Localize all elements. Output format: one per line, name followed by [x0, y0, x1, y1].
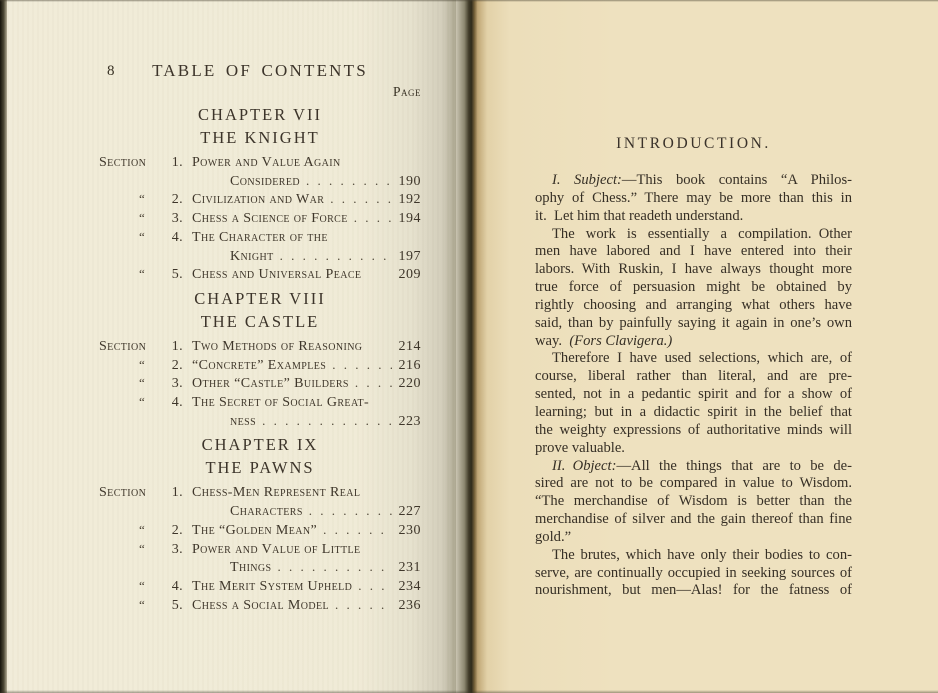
section-label: Section: [99, 154, 161, 172]
toc-entry: “5.Chess a Social Model236: [99, 596, 421, 615]
body-text: serve, are continually occupied in seeki…: [535, 565, 852, 581]
section-label: “: [99, 356, 161, 374]
introduction-section: INTRODUCTION. I. Subject:—This book cont…: [535, 0, 852, 600]
book-left-edge: [0, 0, 7, 693]
text-line: I. Subject:—This book contains “A Philos…: [535, 172, 852, 190]
section-label: “: [99, 577, 161, 595]
section-number: 4.: [161, 578, 183, 596]
paragraph: II. Object:—All the things that are to b…: [535, 458, 852, 547]
body-text: ophy of Chess.” There may be more than t…: [535, 190, 852, 206]
paragraph: The work is essentially a compilation. O…: [535, 226, 852, 351]
entry-page-number: 236: [397, 597, 421, 615]
section-number: 5.: [161, 266, 183, 284]
entry-title-continued: ness: [230, 413, 256, 431]
section-label: “: [99, 393, 161, 411]
entry-text: Characters227: [192, 502, 421, 521]
toc-entry: Section1.Chess-Men Represent Real: [99, 484, 421, 502]
section-number: 2.: [161, 191, 183, 209]
chapter-subtitle: THE CASTLE: [99, 311, 421, 333]
text-line: course, liberal rather than literal, and…: [535, 368, 852, 386]
chapter-subtitle: THE KNIGHT: [99, 127, 421, 149]
dot-leader: [355, 374, 392, 393]
entry-title: Chess a Social Model: [192, 597, 329, 615]
toc-entry: “2.Civilization and War192: [99, 190, 421, 209]
text-line: labors. With Ruskin, I have always thoug…: [535, 261, 852, 279]
text-line: nourishment, but men—Alas! for the fatne…: [535, 582, 852, 600]
toc-header-row: 8 TABLE OF CONTENTS: [99, 61, 421, 83]
entry-page-number: 231: [397, 559, 421, 577]
body-text: “The merchandise of Wisdom is better tha…: [535, 493, 852, 509]
book-scan: 8 TABLE OF CONTENTS Page CHAPTER VIITHE …: [0, 0, 938, 693]
entry-text: ness223: [192, 412, 421, 431]
entry-page-number: 214: [397, 338, 421, 356]
section-number: 2.: [161, 522, 183, 540]
gutter-shadow: [456, 0, 478, 693]
body-text: it. Let him that readeth understand.: [535, 208, 743, 224]
section-number: 3.: [161, 541, 183, 559]
toc-title: TABLE OF CONTENTS: [99, 61, 421, 81]
body-text: rightly choosing and arranging what othe…: [535, 297, 852, 313]
section-label: “: [99, 209, 161, 227]
body-text: —This book contains “A Philos-: [622, 172, 852, 188]
entry-text: Chess-Men Represent Real: [192, 484, 421, 502]
toc-entry-wrap: Characters227: [99, 502, 421, 521]
text-line: The work is essentially a compilation. O…: [535, 226, 852, 244]
section-label: “: [99, 228, 161, 246]
entry-text: Things231: [192, 558, 421, 577]
entry-text: Power and Value Again: [192, 154, 421, 172]
entry-text: Power and Value of Little: [192, 541, 421, 559]
section-label: “: [99, 521, 161, 539]
body-text: course, liberal rather than literal, and…: [535, 368, 852, 384]
entry-text: The Secret of Social Great-: [192, 394, 421, 412]
body-text: the weighty expressions of authoritative…: [535, 422, 852, 438]
section-label: “: [99, 190, 161, 208]
body-text: learning; but in a didactic spirit in th…: [535, 404, 852, 420]
entry-text: The Character of the: [192, 229, 421, 247]
italic-text: I. Subject:: [552, 172, 622, 188]
section-label: “: [99, 265, 161, 283]
section-number: 5.: [161, 597, 183, 615]
body-text: men have labored and I have entered into…: [535, 243, 852, 259]
body-text: way.: [535, 333, 569, 349]
text-line: sired are not to be compared in value to…: [535, 475, 852, 493]
section-number: 1.: [161, 154, 183, 172]
toc-entry: “2.The “Golden Mean”230: [99, 521, 421, 540]
introduction-body: I. Subject:—This book contains “A Philos…: [535, 172, 852, 600]
entry-page-number: 220: [397, 375, 421, 393]
entry-title: Two Methods of Reasoning: [192, 338, 362, 356]
toc-entry: “4.The Merit System Upheld234: [99, 577, 421, 596]
left-page: 8 TABLE OF CONTENTS Page CHAPTER VIITHE …: [7, 0, 456, 693]
dot-leader: [354, 209, 392, 228]
section-label: Section: [99, 338, 161, 356]
toc-entry: “4.The Secret of Social Great-: [99, 393, 421, 412]
folio-page-number: 8: [107, 63, 115, 80]
section-number: 4.: [161, 394, 183, 412]
entry-title: Power and Value Again: [192, 154, 341, 172]
entry-title-continued: Things: [230, 559, 272, 577]
entry-text: Chess a Science of Force194: [192, 209, 421, 228]
text-line: gold.”: [535, 529, 852, 547]
body-text: gold.”: [535, 529, 571, 545]
entry-title: Chess a Science of Force: [192, 210, 348, 228]
toc-body: CHAPTER VIITHE KNIGHTSection1.Power and …: [99, 104, 421, 614]
entry-text: Considered190: [192, 172, 421, 191]
entry-page-number: 216: [397, 357, 421, 375]
toc-entry: Section1.Power and Value Again: [99, 154, 421, 172]
entry-page-number: 223: [397, 413, 421, 431]
dot-leader: [335, 596, 392, 615]
text-line: The brutes, which have only their bodies…: [535, 547, 852, 565]
paragraph: I. Subject:—This book contains “A Philos…: [535, 172, 852, 226]
dot-leader: [323, 521, 392, 540]
dot-leader: [332, 356, 392, 375]
dot-leader: [280, 247, 392, 266]
paragraph: The brutes, which have only their bodies…: [535, 547, 852, 601]
entry-page-number: 227: [397, 503, 421, 521]
section-label: “: [99, 540, 161, 558]
body-text: sired are not to be compared in value to…: [535, 475, 852, 491]
entry-title-continued: Characters: [230, 503, 303, 521]
body-text: prove valuable.: [535, 440, 625, 456]
section-label: Section: [99, 484, 161, 502]
italic-text: (Fors Clavigera.): [569, 333, 672, 349]
toc-entry-wrap: Considered190: [99, 172, 421, 191]
text-line: “The merchandise of Wisdom is better tha…: [535, 493, 852, 511]
text-line: Therefore I have used selections, which …: [535, 350, 852, 368]
body-text: The brutes, which have only their bodies…: [552, 547, 852, 563]
entry-title: The Character of the: [192, 229, 328, 247]
section-number: 4.: [161, 229, 183, 247]
text-line: serve, are continually occupied in seeki…: [535, 565, 852, 583]
section-label: “: [99, 374, 161, 392]
text-line: prove valuable.: [535, 440, 852, 458]
dot-leader: [278, 558, 392, 577]
entry-title: Chess and Universal Peace: [192, 266, 361, 284]
toc-entry: “4.The Character of the: [99, 228, 421, 247]
entry-page-number: 230: [397, 522, 421, 540]
body-text: true force of persuasion might be obtain…: [535, 279, 852, 295]
paragraph: Therefore I have used selections, which …: [535, 350, 852, 457]
entry-text: “Concrete” Examples216: [192, 356, 421, 375]
italic-text: II. Object:: [552, 458, 616, 474]
text-line: way. (Fors Clavigera.): [535, 333, 852, 351]
chapter-entries: Section1.Chess-Men Represent RealCharact…: [99, 484, 421, 614]
page-column-label: Page: [99, 84, 421, 100]
entry-text: Chess and Universal Peace209: [192, 266, 421, 284]
chapter-entries: Section1.Power and Value AgainConsidered…: [99, 154, 421, 284]
toc-entry: “2.“Concrete” Examples216: [99, 356, 421, 375]
entry-title-continued: Considered: [230, 173, 300, 191]
body-text: —All the things that are to be de-: [616, 458, 852, 474]
entry-text: Two Methods of Reasoning214: [192, 338, 421, 356]
entry-title: Chess-Men Represent Real: [192, 484, 360, 502]
entry-page-number: 234: [397, 578, 421, 596]
entry-page-number: 194: [397, 210, 421, 228]
body-text: The work is essentially a compilation. O…: [552, 226, 852, 242]
text-line: the weighty expressions of authoritative…: [535, 422, 852, 440]
right-page: INTRODUCTION. I. Subject:—This book cont…: [478, 0, 938, 693]
entry-page-number: 197: [397, 248, 421, 266]
section-number: 2.: [161, 357, 183, 375]
toc-entry: “3.Power and Value of Little: [99, 540, 421, 559]
toc-entry-wrap: ness223: [99, 412, 421, 431]
text-line: men have labored and I have entered into…: [535, 243, 852, 261]
text-line: merchandise of silver and the gain there…: [535, 511, 852, 529]
entry-page-number: 209: [397, 266, 421, 284]
body-text: labors. With Ruskin, I have always thoug…: [535, 261, 852, 277]
entry-text: Chess a Social Model236: [192, 596, 421, 615]
chapter-title: CHAPTER IX: [99, 434, 421, 456]
section-number: 3.: [161, 375, 183, 393]
entry-title: The Merit System Upheld: [192, 578, 352, 596]
toc-entry: “3.Chess a Science of Force194: [99, 209, 421, 228]
text-line: said, than by painfully saying it again …: [535, 315, 852, 333]
introduction-title: INTRODUCTION.: [535, 135, 852, 153]
table-of-contents: 8 TABLE OF CONTENTS Page CHAPTER VIITHE …: [99, 0, 421, 616]
entry-text: The Merit System Upheld234: [192, 577, 421, 596]
toc-entry: “5.Chess and Universal Peace209: [99, 265, 421, 284]
text-line: true force of persuasion might be obtain…: [535, 279, 852, 297]
entry-text: Knight197: [192, 247, 421, 266]
text-line: rightly choosing and arranging what othe…: [535, 297, 852, 315]
section-label: “: [99, 596, 161, 614]
text-line: ophy of Chess.” There may be more than t…: [535, 190, 852, 208]
section-number: 1.: [161, 338, 183, 356]
body-text: merchandise of silver and the gain there…: [535, 511, 852, 527]
dot-leader: [309, 502, 392, 521]
entry-page-number: 192: [397, 191, 421, 209]
dot-leader: [330, 190, 392, 209]
toc-entry-wrap: Things231: [99, 558, 421, 577]
entry-title: Civilization and War: [192, 191, 324, 209]
entry-title: The “Golden Mean”: [192, 522, 317, 540]
chapter-title: CHAPTER VIII: [99, 288, 421, 310]
toc-entry: “3.Other “Castle” Builders220: [99, 374, 421, 393]
entry-title-continued: Knight: [230, 248, 274, 266]
entry-title: The Secret of Social Great-: [192, 394, 369, 412]
chapter-title: CHAPTER VII: [99, 104, 421, 126]
entry-text: Civilization and War192: [192, 190, 421, 209]
section-number: 1.: [161, 484, 183, 502]
text-line: II. Object:—All the things that are to b…: [535, 458, 852, 476]
dot-leader: [358, 577, 392, 596]
body-text: said, than by painfully saying it again …: [535, 315, 852, 331]
body-text: Therefore I have used selections, which …: [552, 350, 852, 366]
entry-title: Power and Value of Little: [192, 541, 361, 559]
text-line: it. Let him that readeth understand.: [535, 208, 852, 226]
body-text: sented, not in a pedantic spirit and for…: [535, 386, 852, 402]
dot-leader: [306, 172, 392, 191]
text-line: sented, not in a pedantic spirit and for…: [535, 386, 852, 404]
chapter-subtitle: THE PAWNS: [99, 457, 421, 479]
entry-title: “Concrete” Examples: [192, 357, 326, 375]
toc-entry-wrap: Knight197: [99, 247, 421, 266]
entry-text: Other “Castle” Builders220: [192, 374, 421, 393]
entry-page-number: 190: [397, 173, 421, 191]
dot-leader: [262, 412, 392, 431]
entry-title: Other “Castle” Builders: [192, 375, 349, 393]
entry-text: The “Golden Mean”230: [192, 521, 421, 540]
body-text: nourishment, but men—Alas! for the fatne…: [535, 582, 852, 598]
section-number: 3.: [161, 210, 183, 228]
toc-entry: Section1.Two Methods of Reasoning214: [99, 338, 421, 356]
text-line: learning; but in a didactic spirit in th…: [535, 404, 852, 422]
chapter-entries: Section1.Two Methods of Reasoning214“2.“…: [99, 338, 421, 431]
